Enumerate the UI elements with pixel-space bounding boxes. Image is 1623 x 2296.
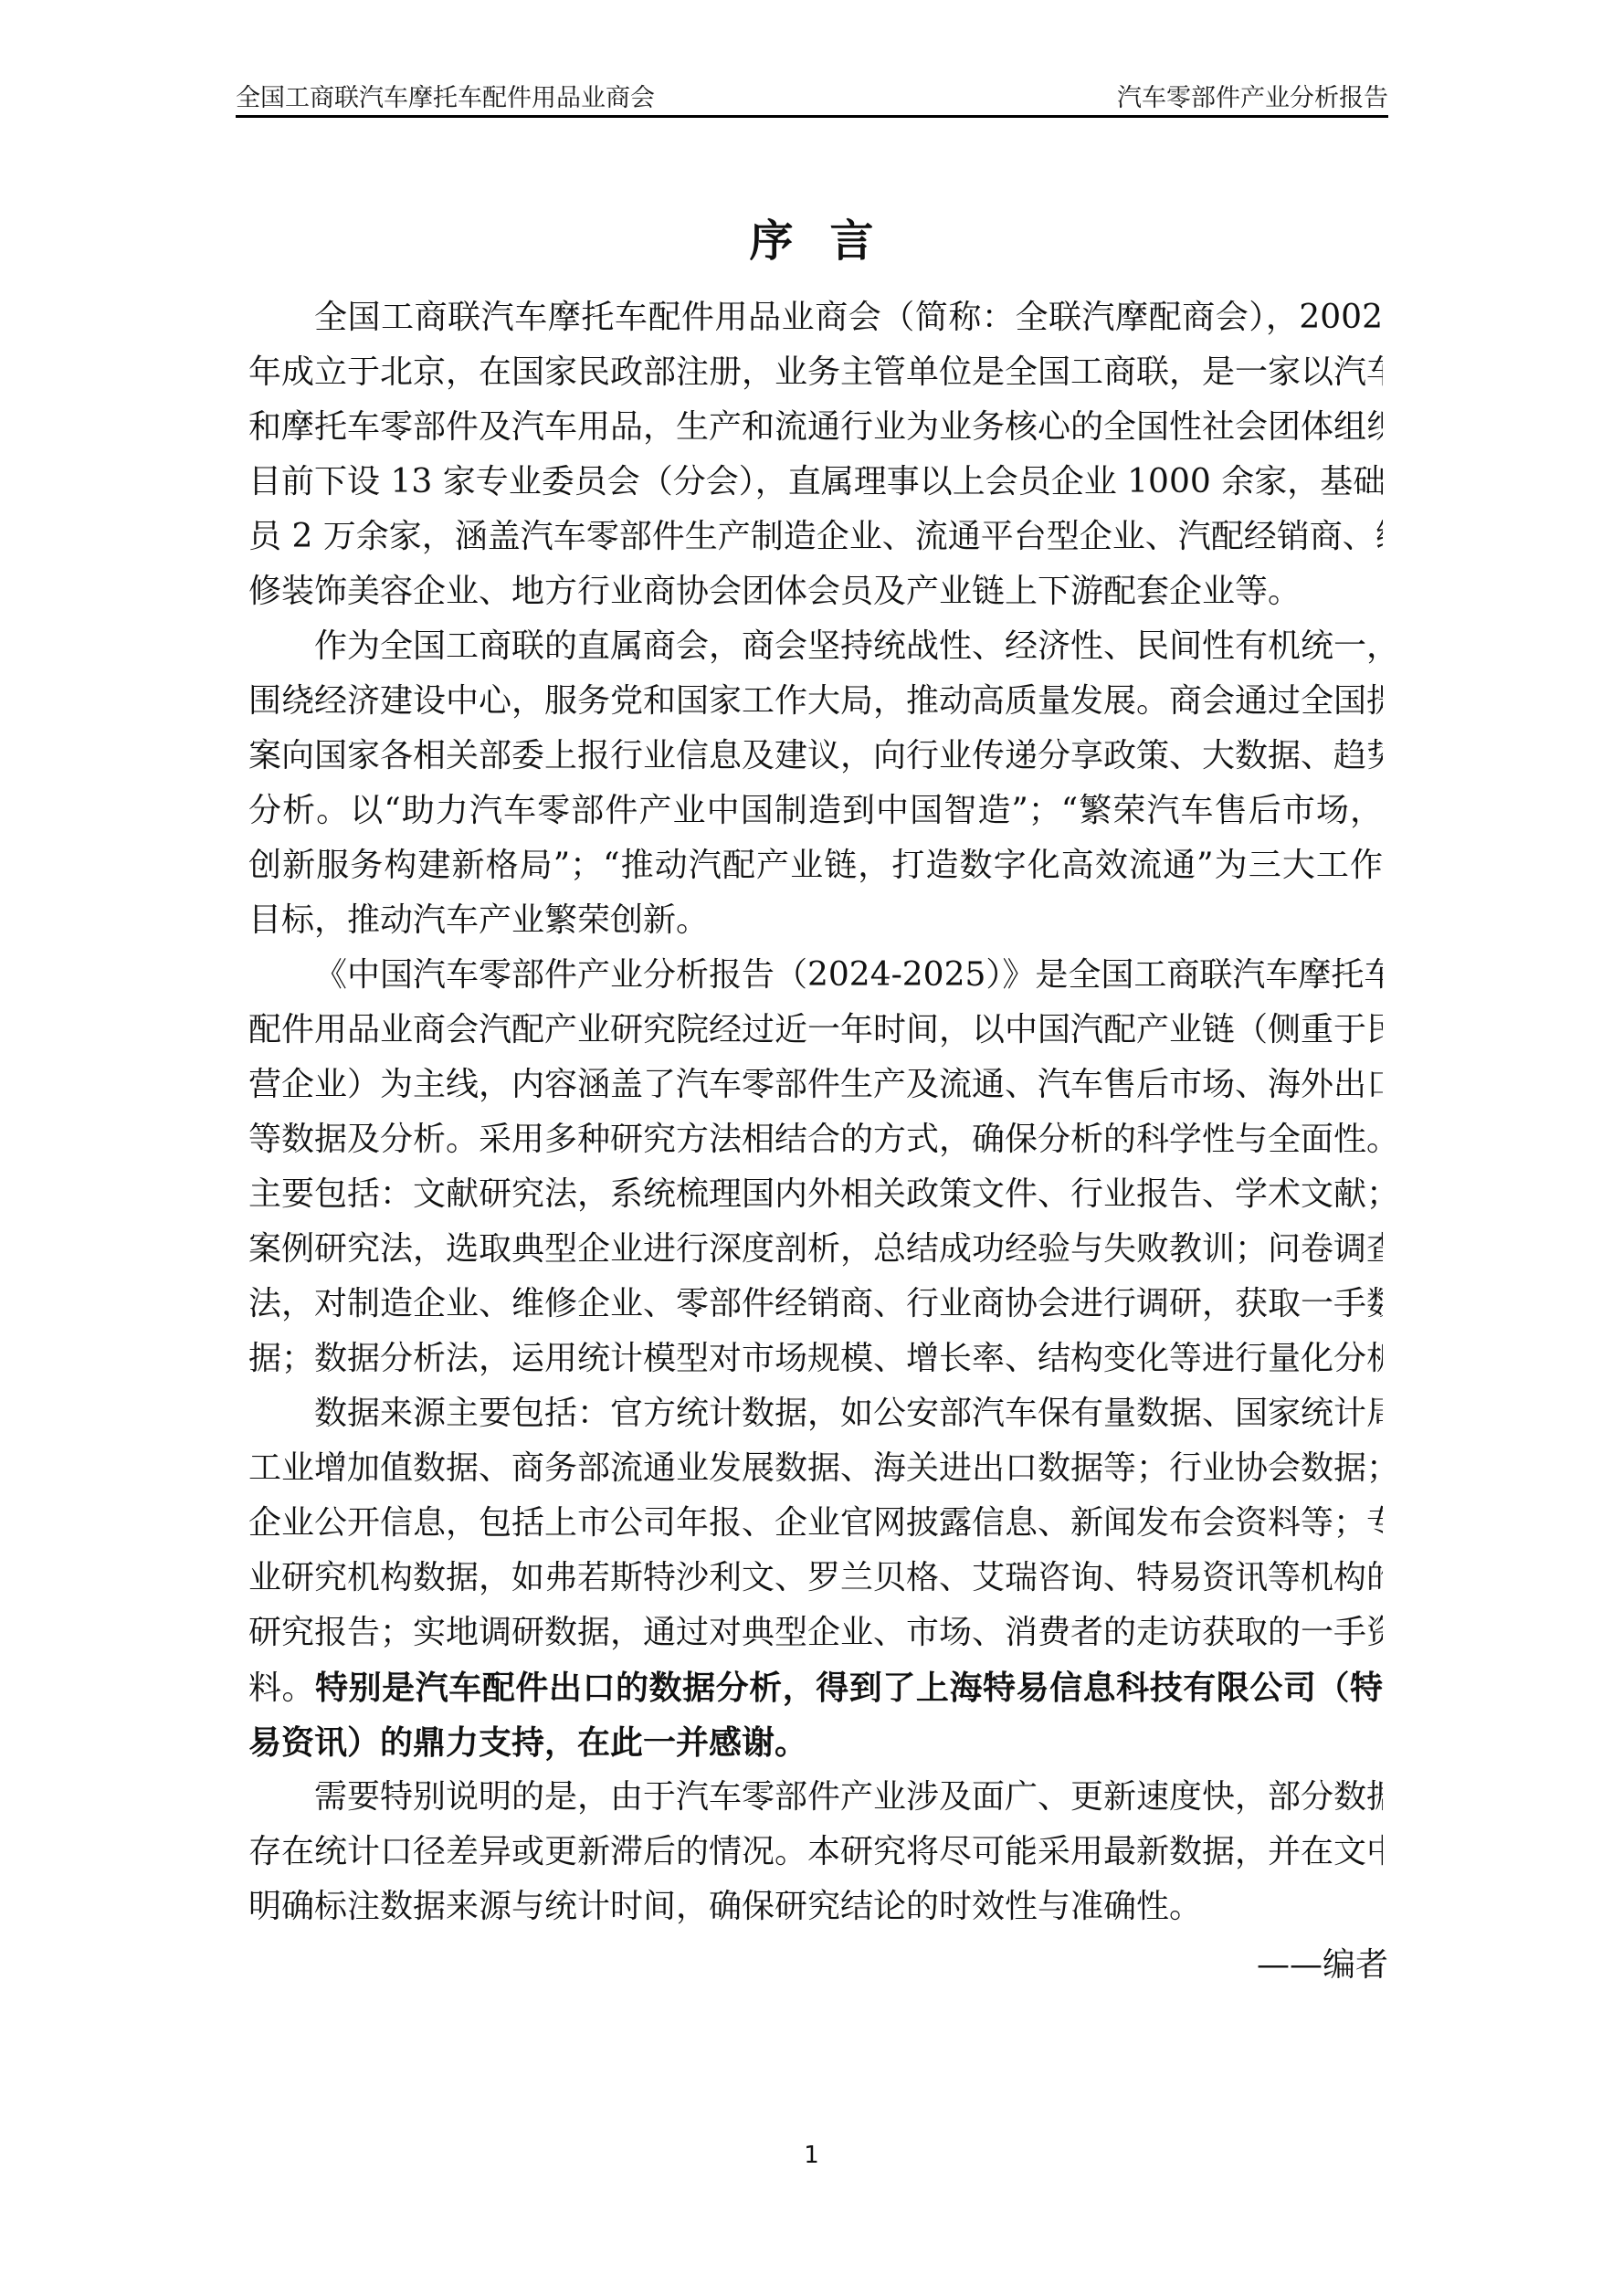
paragraph-3-line: 配件用品业商会汽配产业研究院经过近一年时间，以中国汽配产业链（侧重于民 bbox=[248, 1003, 1383, 1058]
plain-text: 料。 bbox=[248, 1669, 315, 1707]
acknowledgement-bold-text: 易资讯）的鼎力支持，在此一并感谢。 bbox=[248, 1715, 1383, 1770]
paragraph-1-line: 和摩托车零部件及汽车用品，生产和流通行业为业务核心的全国性社会团体组织。 bbox=[248, 400, 1383, 455]
paragraph-3-line: 等数据及分析。采用多种研究方法相结合的方式，确保分析的科学性与全面性。 bbox=[248, 1112, 1383, 1167]
page-number: 1 bbox=[0, 2142, 1623, 2169]
acknowledgement-bold-text: 特别是汽车配件出口的数据分析，得到了上海特易信息科技有限公司（特 bbox=[315, 1669, 1383, 1707]
paragraph-3-line: 《中国汽车零部件产业分析报告（2024-2025）》是全国工商联汽车摩托车 bbox=[248, 948, 1383, 1003]
paragraph-4-line: 企业公开信息，包括上市公司年报、企业官网披露信息、新闻发布会资料等；专 bbox=[248, 1496, 1383, 1551]
paragraph-4-line: 料。特别是汽车配件出口的数据分析，得到了上海特易信息科技有限公司（特 bbox=[248, 1660, 1383, 1715]
paragraph-3-line: 营企业）为主线，内容涵盖了汽车零部件生产及流通、汽车售后市场、海外出口 bbox=[248, 1058, 1383, 1112]
paragraph-2-line: 创新服务构建新格局”；“推动汽配产业链，打造数字化高效流通”为三大工作 bbox=[248, 838, 1383, 893]
paragraph-5-line: 明确标注数据来源与统计时间，确保研究结论的时效性与准确性。 bbox=[248, 1880, 1383, 1934]
paragraph-3-line: 据；数据分析法，运用统计模型对市场规模、增长率、结构变化等进行量化分析。 bbox=[248, 1332, 1383, 1386]
paragraph-2-line: 作为全国工商联的直属商会，商会坚持统战性、经济性、民间性有机统一， bbox=[248, 619, 1383, 674]
paragraph-1-line: 目前下设 13 家专业委员会（分会），直属理事以上会员企业 1000 余家，基础… bbox=[248, 455, 1383, 510]
paragraph-4-line: 工业增加值数据、商务部流通业发展数据、海关进出口数据等；行业协会数据； bbox=[248, 1441, 1383, 1496]
paragraph-1-line: 修装饰美容企业、地方行业商协会团体会员及产业链上下游配套企业等。 bbox=[248, 564, 1383, 619]
paragraph-3-line: 法，对制造企业、维修企业、零部件经销商、行业商协会进行调研，获取一手数 bbox=[248, 1277, 1383, 1332]
header-report-title: 汽车零部件产业分析报告 bbox=[1117, 78, 1388, 113]
paragraph-1-line: 员 2 万余家，涵盖汽车零部件生产制造企业、流通平台型企业、汽配经销商、维 bbox=[248, 510, 1383, 564]
document-page: 全国工商联汽车摩托车配件用品业商会 汽车零部件产业分析报告 序言 全国工商联汽车… bbox=[0, 0, 1623, 2296]
paragraph-4-line: 研究报告；实地调研数据，通过对典型企业、市场、消费者的走访获取的一手资 bbox=[248, 1606, 1383, 1660]
preface-body: 全国工商联汽车摩托车配件用品业商会（简称：全联汽摩配商会），2002 年成立于北… bbox=[248, 290, 1383, 1934]
paragraph-5-line: 存在统计口径差异或更新滞后的情况。本研究将尽可能采用最新数据，并在文中 bbox=[248, 1825, 1383, 1880]
paragraph-1-line: 全国工商联汽车摩托车配件用品业商会（简称：全联汽摩配商会），2002 bbox=[248, 290, 1383, 345]
page-title: 序言 bbox=[0, 205, 1623, 269]
paragraph-3-line: 主要包括：文献研究法，系统梳理国内外相关政策文件、行业报告、学术文献； bbox=[248, 1167, 1383, 1222]
paragraph-5-line: 需要特别说明的是，由于汽车零部件产业涉及面广、更新速度快，部分数据 bbox=[248, 1770, 1383, 1825]
editor-signature: ——编者 bbox=[1257, 1938, 1388, 1993]
paragraph-2-line: 分析。以“助力汽车零部件产业中国制造到中国智造”；“繁荣汽车售后市场， bbox=[248, 784, 1383, 838]
paragraph-2-line: 案向国家各相关部委上报行业信息及建议，向行业传递分享政策、大数据、趋势 bbox=[248, 729, 1383, 784]
running-header: 全国工商联汽车摩托车配件用品业商会 汽车零部件产业分析报告 bbox=[236, 77, 1388, 113]
paragraph-2-line: 围绕经济建设中心，服务党和国家工作大局，推动高质量发展。商会通过全国提 bbox=[248, 674, 1383, 729]
paragraph-4-line: 业研究机构数据，如弗若斯特沙利文、罗兰贝格、艾瑞咨询、特易资讯等机构的 bbox=[248, 1551, 1383, 1606]
header-rule bbox=[236, 115, 1388, 118]
paragraph-2-line: 目标，推动汽车产业繁荣创新。 bbox=[248, 893, 1383, 948]
header-organization: 全国工商联汽车摩托车配件用品业商会 bbox=[236, 78, 655, 113]
paragraph-4-line: 数据来源主要包括：官方统计数据，如公安部汽车保有量数据、国家统计局 bbox=[248, 1386, 1383, 1441]
paragraph-1-line: 年成立于北京，在国家民政部注册，业务主管单位是全国工商联，是一家以汽车 bbox=[248, 345, 1383, 400]
paragraph-3-line: 案例研究法，选取典型企业进行深度剖析，总结成功经验与失败教训；问卷调查 bbox=[248, 1222, 1383, 1277]
